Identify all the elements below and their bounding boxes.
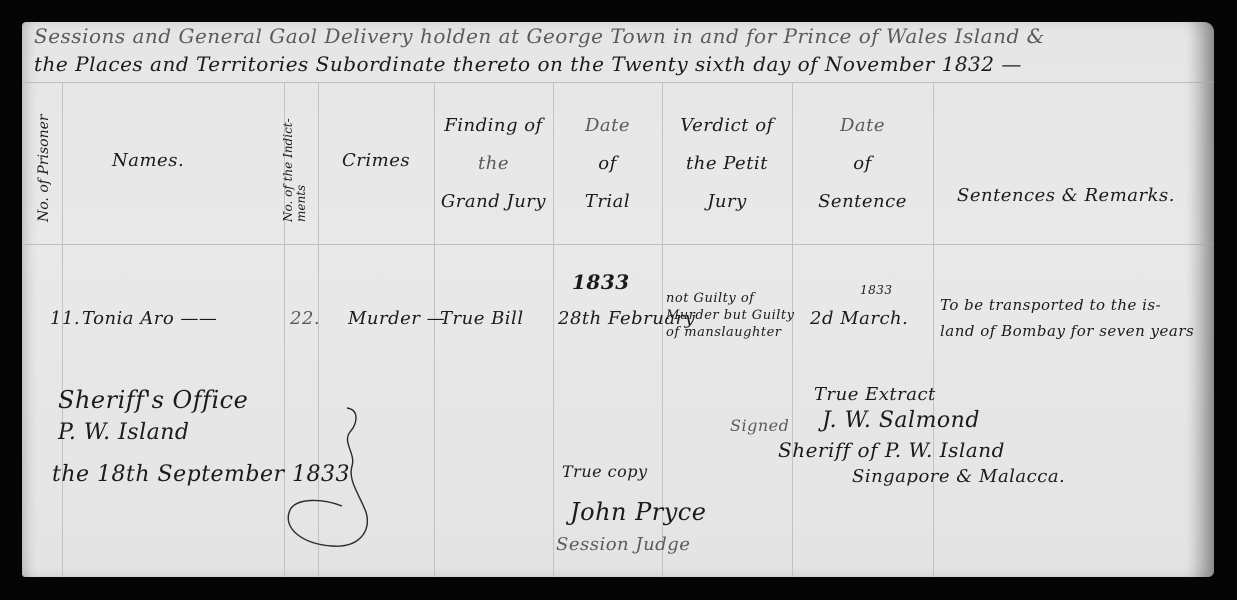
cell-indictment-no: 22. xyxy=(290,308,320,329)
column-divider xyxy=(62,82,63,577)
header-sentence-date: Date of Sentence xyxy=(792,107,933,221)
true-extract-label: True Extract xyxy=(814,384,936,405)
cell-grand-jury: True Bill xyxy=(440,308,524,329)
document-page: Sessions and General Gaol Delivery holde… xyxy=(22,22,1214,577)
cell-name: Tonia Aro —— xyxy=(82,308,217,329)
copy-signatory-title: Session Judge xyxy=(556,534,690,555)
header-names: Names. xyxy=(112,142,184,180)
header-trial-date: Date of Trial xyxy=(553,107,662,221)
table-top-rule xyxy=(22,82,1214,83)
copy-signatory-name: John Pryce xyxy=(570,498,706,526)
cell-sentence-year: 1833 xyxy=(860,283,893,297)
header-grand-jury: Finding of the Grand Jury xyxy=(434,107,553,221)
header-bottom-rule xyxy=(22,244,1214,245)
signatory-title: Sheriff of P. W. Island xyxy=(778,438,1005,462)
true-copy-label: True copy xyxy=(562,462,648,481)
header-petit-jury: Verdict of the Petit Jury xyxy=(662,107,792,221)
cell-prisoner-no: 11. xyxy=(50,308,80,329)
header-indictments: No. of the Indict- ments xyxy=(282,118,308,222)
cell-sentence-date: 2d March. xyxy=(810,308,908,329)
cell-crime: Murder — xyxy=(348,308,445,329)
cell-trial-year: 1833 xyxy=(572,270,630,294)
signatory-name: J. W. Salmond xyxy=(822,408,980,433)
heading-line-2: the Places and Territories Subordinate t… xyxy=(34,52,1022,76)
column-divider xyxy=(933,82,934,577)
header-prisoner-no: No. of Prisoner xyxy=(36,114,52,222)
signed-label: Signed xyxy=(730,416,789,435)
signatory-title-2: Singapore & Malacca. xyxy=(852,466,1065,487)
flourish-icon xyxy=(262,402,392,562)
cell-petit-jury: not Guilty of Murder but Guilty of mansl… xyxy=(666,290,794,341)
header-remarks: Sentences & Remarks. xyxy=(957,177,1175,215)
cell-remarks: To be transported to the is- land of Bom… xyxy=(940,292,1194,344)
header-crimes: Crimes xyxy=(342,142,410,180)
heading-line-1: Sessions and General Gaol Delivery holde… xyxy=(34,24,1045,48)
